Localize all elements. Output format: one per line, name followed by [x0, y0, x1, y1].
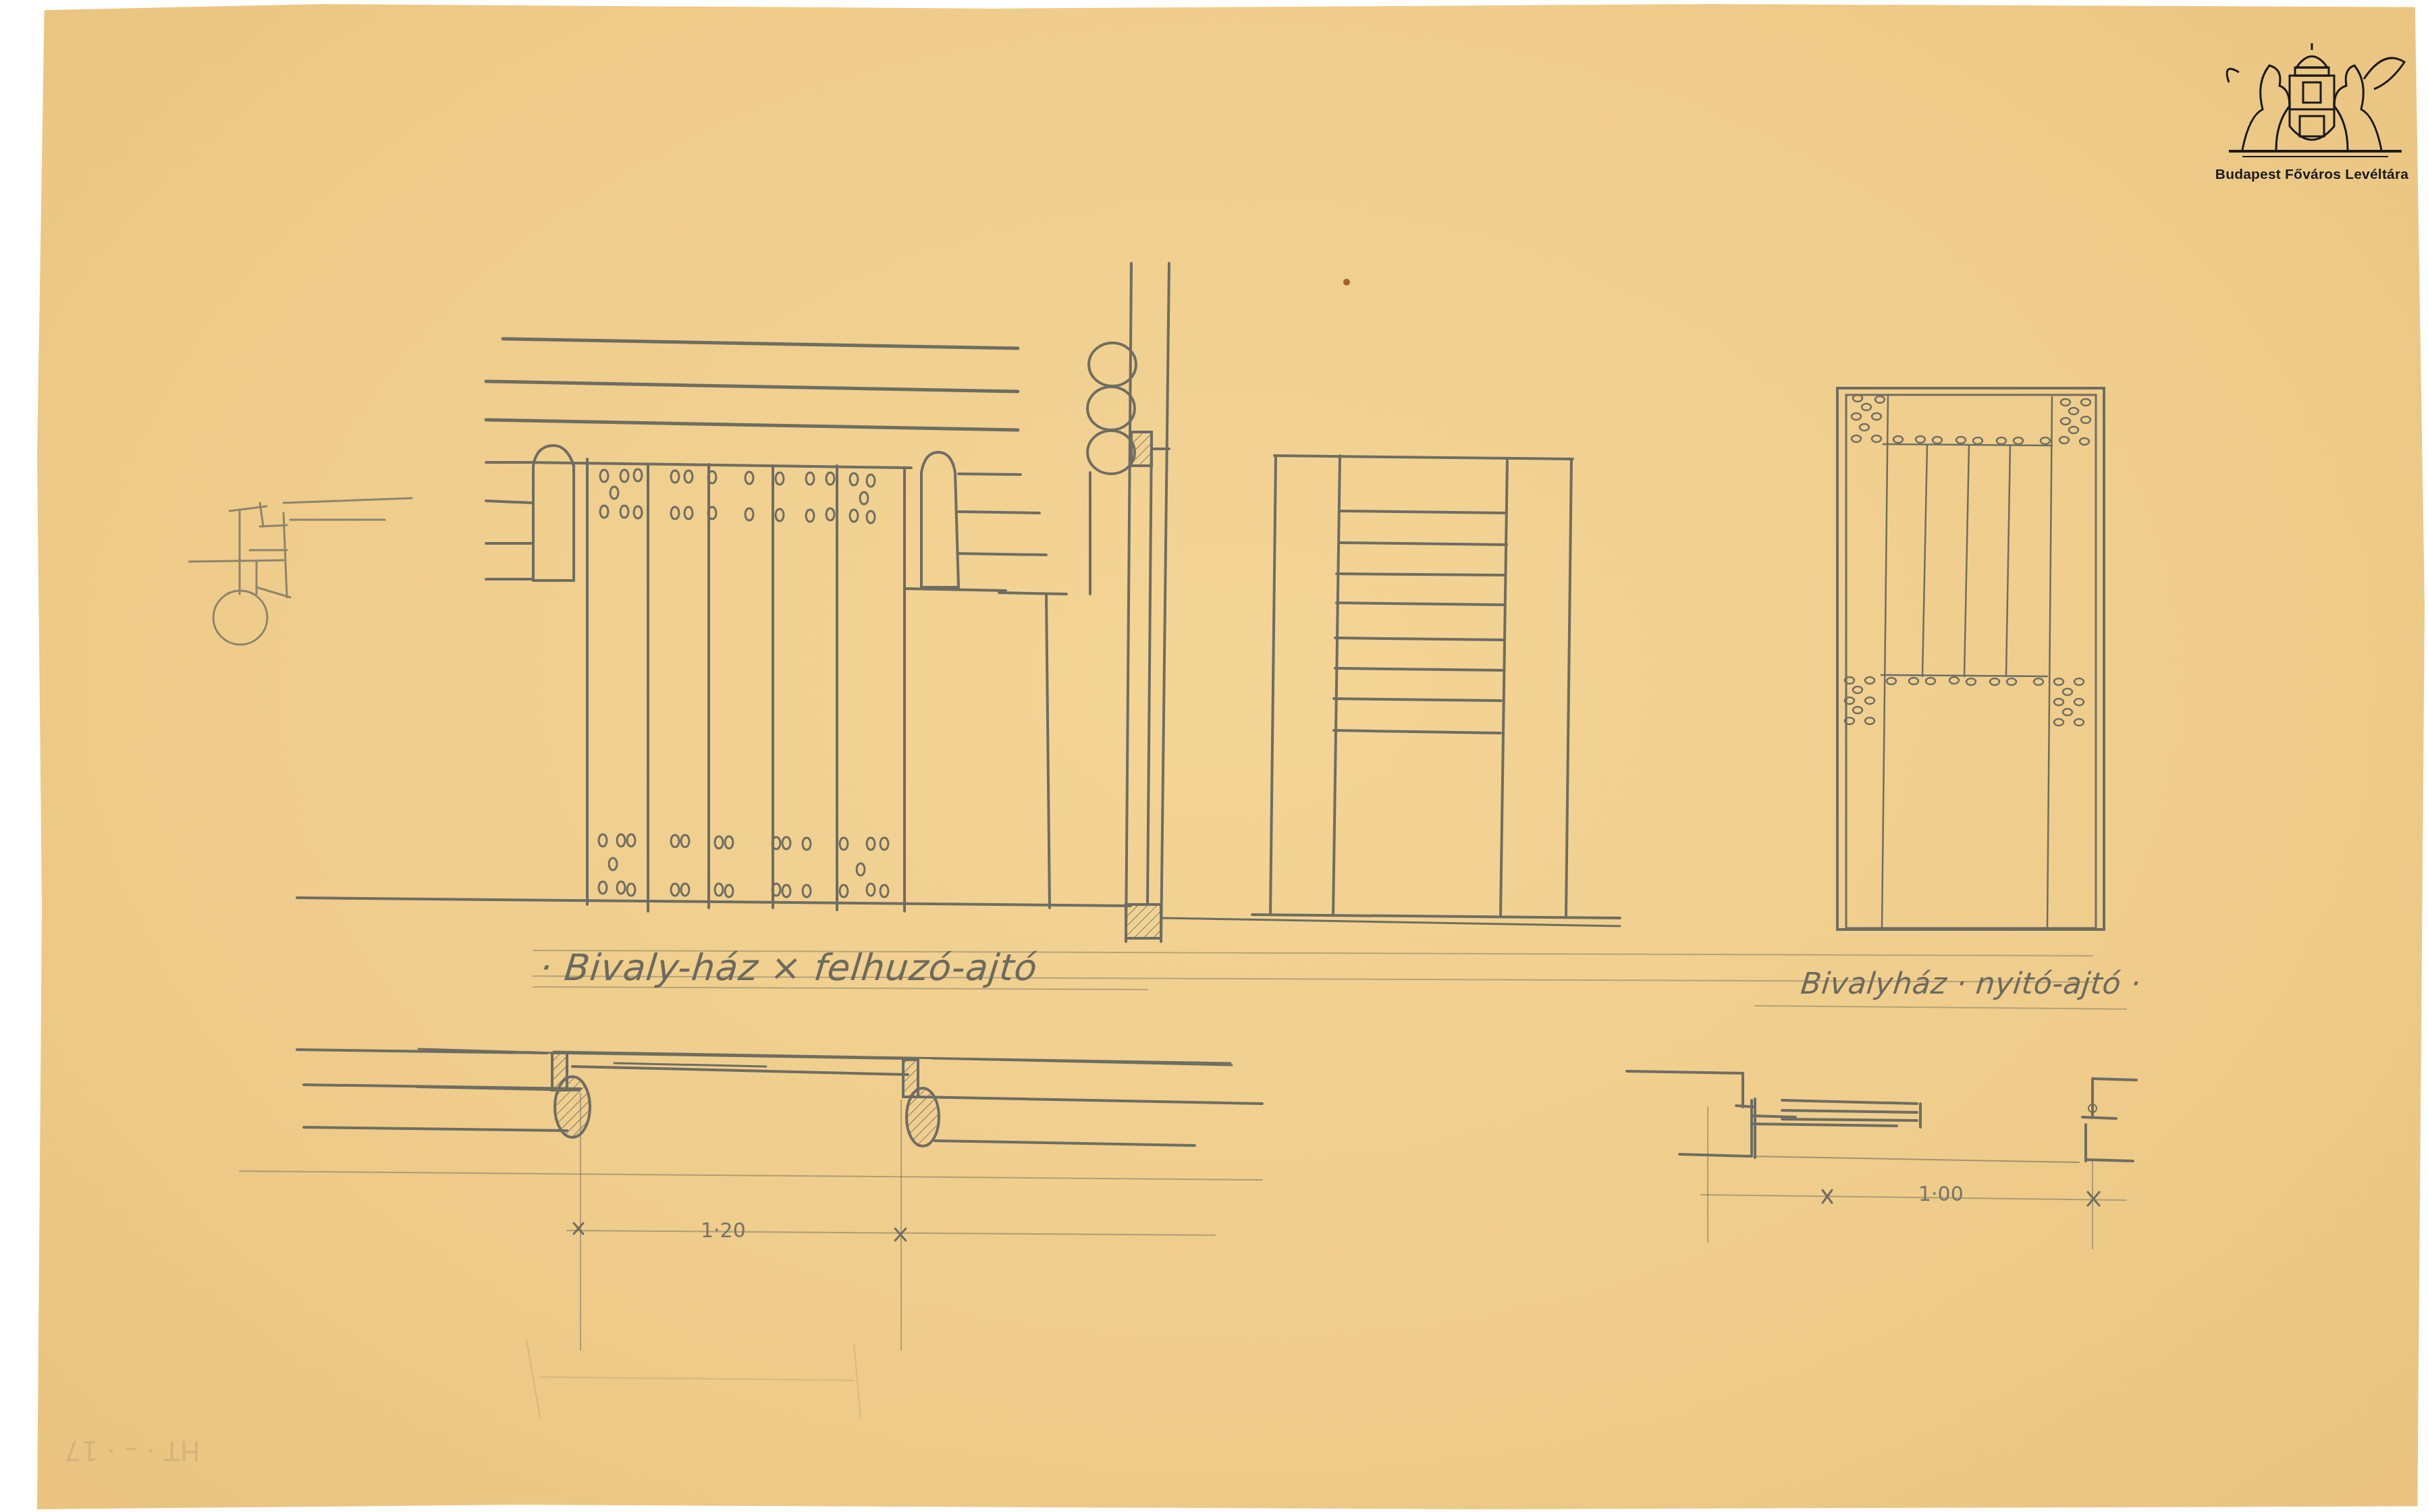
- faint-show-through: [527, 1340, 861, 1417]
- right-drawing-title: Bivalyház · nyitó-ajtó ·: [1799, 967, 2142, 1001]
- left-plan-section: [240, 1049, 1262, 1350]
- left-margin-sketch: [189, 498, 412, 645]
- right-plan-section: [1627, 1071, 2136, 1249]
- right-dimension-label: 1·00: [1918, 1183, 1964, 1206]
- middle-elevation: [1252, 456, 1620, 918]
- stamp-caption: Budapest Főváros Levéltára: [2202, 167, 2422, 183]
- scanned-sheet: Budapest Főváros Levéltára · Bivaly-ház …: [0, 0, 2428, 1512]
- faint-reverse-inscription: HT · – · 17: [64, 1434, 200, 1465]
- budapest-coat-of-arms-icon: [2202, 42, 2422, 163]
- stain-spot: [1343, 279, 1350, 286]
- left-drawing-title: · Bivaly-ház × felhuzó-ajtó: [538, 946, 1040, 989]
- drawing-canvas: [0, 0, 2428, 1512]
- left-dimension-label: 1·20: [701, 1219, 746, 1243]
- left-elevation: [297, 263, 1620, 942]
- right-elevation: [1837, 388, 2104, 929]
- archive-stamp: Budapest Főváros Levéltára: [2202, 42, 2422, 183]
- door-nails-top: [600, 469, 875, 523]
- door-nails-bottom: [599, 834, 888, 897]
